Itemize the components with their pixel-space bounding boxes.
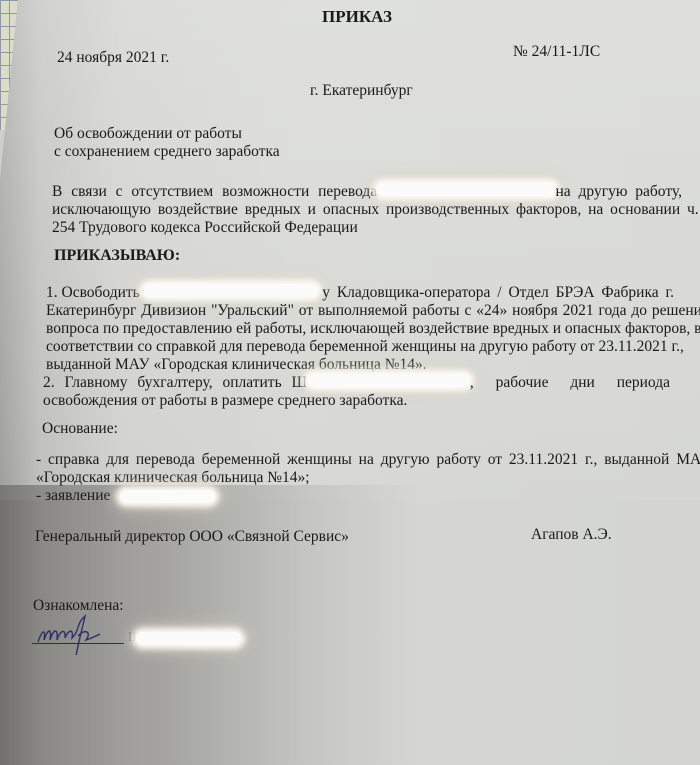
order-date: 24 ноября 2021 г.	[57, 49, 169, 67]
item2-line-1: 2. Главному бухгалтеру, оплатить Ш , раб…	[43, 374, 670, 392]
item2-text-start: 2. Главному бухгалтеру, оплатить Ш	[43, 374, 307, 392]
preamble-text-end: на другую работу,	[556, 183, 683, 201]
basis-label: Основание:	[42, 420, 118, 438]
item2-text-end: , рабочие дни периода	[470, 374, 670, 392]
signatory-title: Генеральный директор ООО «Связной Сервис…	[35, 528, 349, 546]
signature-line	[32, 643, 124, 644]
item1-line-4: соответствии со справкой для перевода бе…	[46, 338, 684, 356]
item1-text-end: у Кладовщика-оператора / Отдел БРЭА Фабр…	[322, 284, 674, 302]
preamble-line-1: В связи с отсутствием возможности перево…	[52, 183, 682, 201]
redacted-name	[120, 490, 215, 503]
redacted-name	[307, 374, 470, 387]
item1-line-3: вопроса по предоставлению ей работы, иск…	[46, 320, 700, 338]
item1-line-5: выданной МАУ «Городская клиническая боль…	[46, 356, 427, 374]
basis-line-3: - заявление	[36, 487, 215, 505]
redacted-name	[143, 284, 318, 297]
basis-text-start: - заявление	[36, 487, 110, 504]
subject-line-1: Об освобождении от работы	[54, 125, 242, 143]
item1-line-1: 1. Освободить у Кладовщика-оператора / О…	[46, 284, 674, 302]
basis-line-1: - справка для перевода беременной женщин…	[36, 451, 700, 469]
acknowledged-name: Ш	[128, 628, 241, 646]
preamble-line-3: 254 Трудового кодекса Российской Федерац…	[52, 219, 358, 237]
redacted-name	[136, 632, 241, 645]
order-number: № 24/11-1ЛС	[513, 43, 600, 61]
document-title: ПРИКАЗ	[322, 8, 392, 26]
signatory-name: Агапов А.Э.	[531, 526, 612, 544]
preamble-line-2: исключающую воздействие вредных и опасны…	[52, 201, 700, 219]
item2-line-2: освобождения от работы в размере среднег…	[43, 392, 407, 410]
order-heading: ПРИКАЗЫВАЮ:	[54, 247, 180, 265]
item1-line-2: Екатеринбург Дивизион "Уральский" от вып…	[46, 302, 700, 320]
signature-icon	[30, 610, 130, 655]
item1-text-start: 1. Освободить	[46, 284, 140, 302]
redacted-name	[377, 183, 555, 196]
order-city: г. Екатеринбург	[310, 82, 413, 100]
preamble-text-start: В связи с отсутствием возможности перево…	[52, 183, 377, 201]
subject-line-2: с сохранением среднего заработка	[54, 143, 280, 161]
basis-line-2: «Городская клиническая больница №14»;	[36, 469, 310, 487]
